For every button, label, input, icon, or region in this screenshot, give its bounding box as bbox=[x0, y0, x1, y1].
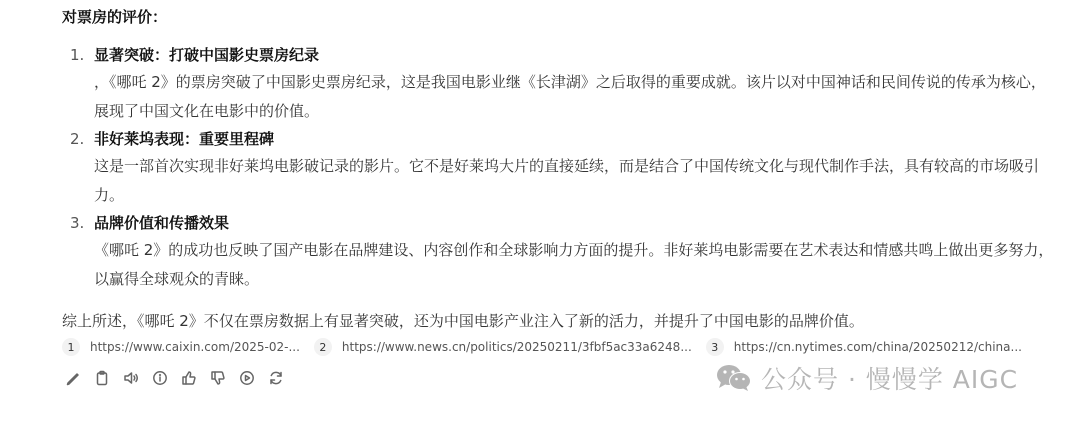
speaker-icon bbox=[123, 370, 139, 386]
play-button[interactable] bbox=[238, 368, 256, 388]
list-item: 3. 品牌价值和传播效果 《哪吒 2》的成功也反映了国产电影在品牌建设、内容创作… bbox=[62, 210, 1052, 294]
list-item-title: 非好莱坞表现：重要里程碑 bbox=[94, 126, 1052, 152]
thumbs-down-icon bbox=[210, 370, 226, 386]
list-item-number: 1. bbox=[70, 42, 84, 68]
citation-url[interactable]: https://cn.nytimes.com/china/20250212/ch… bbox=[734, 340, 1022, 354]
citation-link[interactable]: 2 https://www.news.cn/politics/20250211/… bbox=[314, 338, 692, 356]
chat-response: 对票房的评价： 1. 显著突破：打破中国影史票房纪录 ，《哪吒 2》的票房突破了… bbox=[0, 0, 1080, 422]
list-item-body: 这是一部首次实现非好莱坞电影破记录的影片。它不是好莱坞大片的直接延续，而是结合了… bbox=[94, 152, 1054, 210]
citation-link[interactable]: 1 https://www.caixin.com/2025-02-... bbox=[62, 338, 300, 356]
thumbs-up-button[interactable] bbox=[180, 368, 198, 388]
citation-number: 2 bbox=[314, 338, 332, 356]
wechat-icon bbox=[715, 363, 753, 393]
edit-button[interactable] bbox=[64, 368, 82, 388]
list-item-title: 品牌价值和传播效果 bbox=[94, 210, 1052, 236]
list-item-body: 《哪吒 2》的成功也反映了国产电影在品牌建设、内容创作和全球影响力方面的提升。非… bbox=[94, 236, 1054, 294]
edit-icon bbox=[65, 370, 81, 386]
watermark-text: 公众号 · 慢慢学 AIGC bbox=[761, 360, 1018, 396]
list-item: 2. 非好莱坞表现：重要里程碑 这是一部首次实现非好莱坞电影破记录的影片。它不是… bbox=[62, 126, 1052, 210]
citation-url[interactable]: https://www.caixin.com/2025-02-... bbox=[90, 340, 300, 354]
citation-number: 3 bbox=[706, 338, 724, 356]
list-item-number: 2. bbox=[70, 126, 84, 152]
thumbs-up-icon bbox=[181, 370, 197, 386]
read-aloud-button[interactable] bbox=[122, 368, 140, 388]
citation-list: 1 https://www.caixin.com/2025-02-... 2 h… bbox=[62, 338, 1036, 356]
copy-icon bbox=[94, 370, 110, 386]
copy-button[interactable] bbox=[93, 368, 111, 388]
evaluation-list: 1. 显著突破：打破中国影史票房纪录 ，《哪吒 2》的票房突破了中国影史票房纪录… bbox=[62, 42, 1052, 294]
list-item: 1. 显著突破：打破中国影史票房纪录 ，《哪吒 2》的票房突破了中国影史票房纪录… bbox=[62, 42, 1052, 126]
citation-url[interactable]: https://www.news.cn/politics/20250211/3f… bbox=[342, 340, 692, 354]
watermark: 公众号 · 慢慢学 AIGC bbox=[715, 360, 1018, 396]
message-action-toolbar bbox=[64, 368, 296, 388]
list-item-title: 显著突破：打破中国影史票房纪录 bbox=[94, 42, 1052, 68]
list-item-body: ，《哪吒 2》的票房突破了中国影史票房纪录，这是我国电影业继《长津湖》之后取得的… bbox=[94, 68, 1054, 126]
regenerate-button[interactable] bbox=[267, 368, 285, 388]
regenerate-icon bbox=[268, 370, 284, 386]
list-item-number: 3. bbox=[70, 210, 84, 236]
info-button[interactable] bbox=[151, 368, 169, 388]
citation-number: 1 bbox=[62, 338, 80, 356]
section-heading: 对票房的评价： bbox=[62, 6, 167, 27]
citation-link[interactable]: 3 https://cn.nytimes.com/china/20250212/… bbox=[706, 338, 1022, 356]
info-icon bbox=[152, 370, 168, 386]
play-icon bbox=[239, 370, 255, 386]
summary-text: 综上所述，《哪吒 2》不仅在票房数据上有显著突破，还为中国电影产业注入了新的活力… bbox=[62, 308, 864, 334]
thumbs-down-button[interactable] bbox=[209, 368, 227, 388]
